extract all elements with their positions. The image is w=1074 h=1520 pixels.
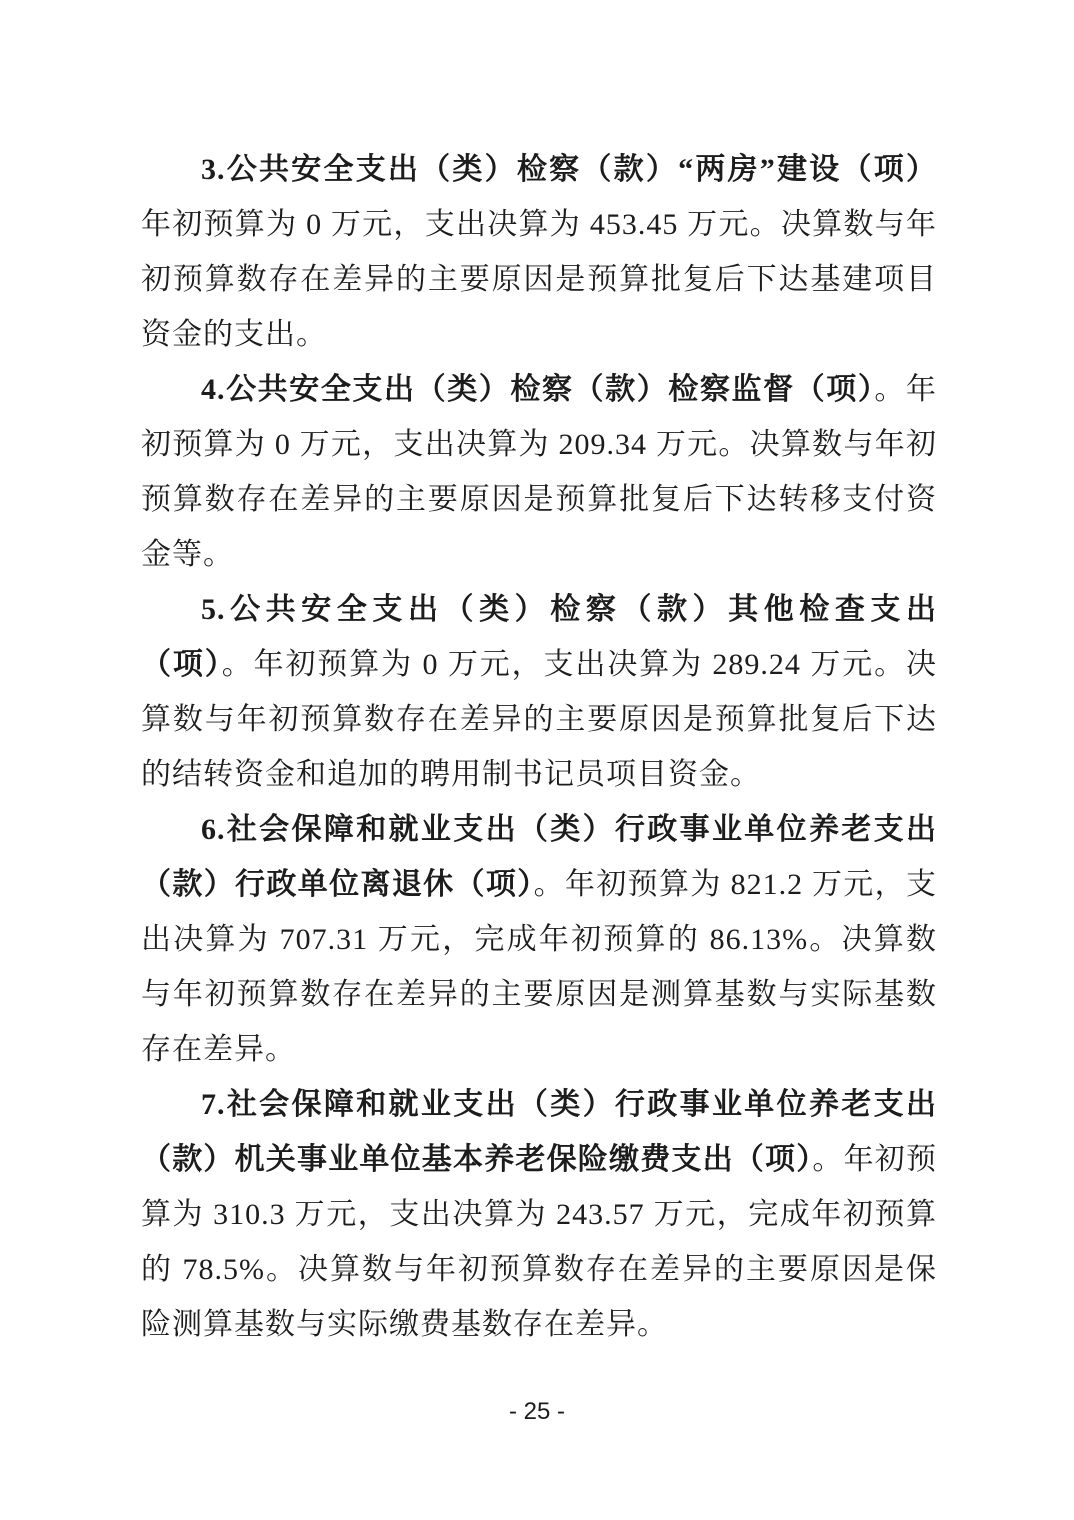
page-number: - 25 - [0, 1398, 1074, 1426]
document-page: 3.公共安全支出（类）检察（款）“两房”建设（项）年初预算为 0 万元，支出决算… [0, 0, 1074, 1520]
paragraph-item-4: 4.公共安全支出（类）检察（款）检察监督（项）。年初预算为 0 万元，支出决算为… [141, 362, 937, 582]
paragraph-item-6: 6.社会保障和就业支出（类）行政事业单位养老支出（款）行政单位离退休（项）。年初… [141, 802, 937, 1077]
paragraph-item-5: 5.公共安全支出（类）检察（款）其他检查支出（项）。年初预算为 0 万元，支出决… [141, 582, 937, 802]
paragraph-lead: 4.公共安全支出（类）检察（款）检察监督（项） [201, 373, 874, 406]
paragraph-item-7: 7.社会保障和就业支出（类）行政事业单位养老支出（款）机关事业单位基本养老保险缴… [141, 1077, 937, 1352]
paragraph-item-3: 3.公共安全支出（类）检察（款）“两房”建设（项）年初预算为 0 万元，支出决算… [141, 142, 937, 362]
paragraph-text: 年初预算为 0 万元，支出决算为 453.45 万元。决算数与年初预算数存在差异… [141, 208, 937, 351]
document-body: 3.公共安全支出（类）检察（款）“两房”建设（项）年初预算为 0 万元，支出决算… [141, 142, 937, 1352]
paragraph-text: 。年初预算为 0 万元，支出决算为 289.24 万元。决算数与年初预算数存在差… [141, 648, 937, 791]
paragraph-lead: 3.公共安全支出（类）检察（款）“两房”建设（项） [201, 153, 937, 186]
